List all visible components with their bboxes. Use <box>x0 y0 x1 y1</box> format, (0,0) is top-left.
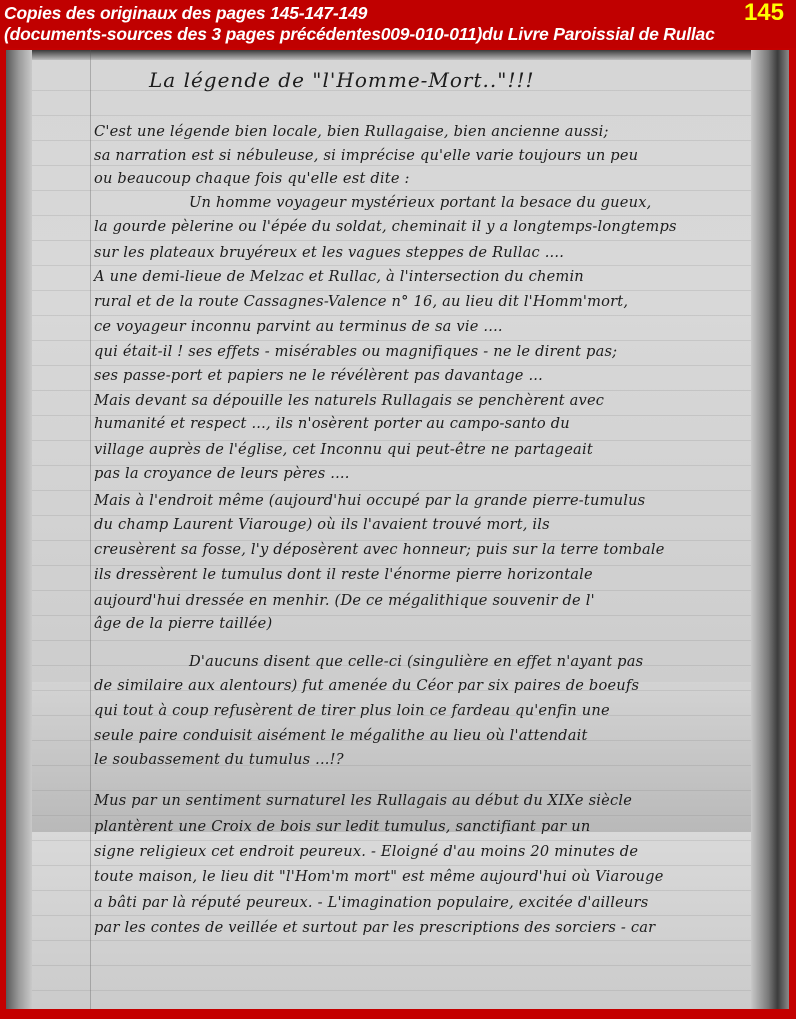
ruled-line <box>32 915 751 916</box>
text-line: rural et de la route Cassagnes-Valence n… <box>94 293 628 310</box>
text-line: toute maison, le lieu dit "l'Hom'm mort"… <box>94 868 664 885</box>
scanned-manuscript-page: La légende de "l'Homme-Mort.."!!! C'est … <box>6 50 789 1009</box>
text-line: sa narration est si nébuleuse, si impréc… <box>94 147 638 164</box>
text-line: qui tout à coup refusèrent de tirer plus… <box>94 702 610 719</box>
ruled-line <box>32 890 751 891</box>
ruled-line <box>32 190 751 191</box>
ruled-line <box>32 340 751 341</box>
ruled-line <box>32 265 751 266</box>
book-binding-right <box>751 50 789 1009</box>
text-line: Mais à l'endroit même (aujourd'hui occup… <box>94 492 645 509</box>
text-line: village auprès de l'église, cet Inconnu … <box>94 441 593 458</box>
ruled-line <box>32 990 751 991</box>
text-line: C'est une légende bien locale, bien Rull… <box>94 123 609 140</box>
ruled-line <box>32 790 751 791</box>
text-line: D'aucuns disent que celle-ci (singulière… <box>189 653 643 670</box>
ruled-line <box>32 315 751 316</box>
text-line: humanité et respect ..., ils n'osèrent p… <box>94 415 570 432</box>
text-line: seule paire conduisit aisément le mégali… <box>94 727 588 744</box>
text-line: signe religieux cet endroit peureux. - E… <box>94 843 638 860</box>
text-line: qui était-il ! ses effets - misérables o… <box>94 343 617 360</box>
text-line: plantèrent une Croix de bois sur ledit t… <box>94 818 590 835</box>
text-line: aujourd'hui dressée en menhir. (De ce mé… <box>94 592 595 609</box>
ruled-line <box>32 815 751 816</box>
ruled-line <box>32 590 751 591</box>
ruled-line <box>32 365 751 366</box>
text-line: Un homme voyageur mystérieux portant la … <box>189 194 652 211</box>
book-binding-left <box>6 50 32 1009</box>
text-line: sur les plateaux bruyéreux et les vagues… <box>94 244 564 261</box>
ruled-line <box>32 840 751 841</box>
ruled-line <box>32 640 751 641</box>
text-line: ils dressèrent le tumulus dont il reste … <box>94 566 593 583</box>
text-line: du champ Laurent Viarouge) où ils l'avai… <box>94 516 550 533</box>
text-line: la gourde pèlerine ou l'épée du soldat, … <box>94 218 677 235</box>
ruled-line <box>32 865 751 866</box>
ruled-line <box>32 240 751 241</box>
text-line: Mais devant sa dépouille les naturels Ru… <box>94 392 604 409</box>
ruled-line <box>32 215 751 216</box>
text-line: le soubassement du tumulus ...!? <box>94 751 344 768</box>
header-banner: Copies des originaux des pages 145-147-1… <box>0 0 796 48</box>
scan-section-upper <box>6 50 789 682</box>
text-line: A une demi-lieue de Melzac et Rullac, à … <box>94 268 584 285</box>
ruled-line <box>32 940 751 941</box>
page-number: 145 <box>744 0 784 26</box>
ruled-line <box>32 390 751 391</box>
text-line: ses passe-port et papiers ne le révélère… <box>94 367 543 384</box>
text-line: ou beaucoup chaque fois qu'elle est dite… <box>94 170 410 187</box>
text-line: pas la croyance de leurs pères .... <box>94 465 350 482</box>
page-top-edge <box>32 50 752 60</box>
text-line: creusèrent sa fosse, l'y déposèrent avec… <box>94 541 665 558</box>
ruled-line <box>32 140 751 141</box>
ruled-line <box>32 115 751 116</box>
header-title-line-2: (documents-sources des 3 pages précédent… <box>4 24 715 44</box>
text-line: âge de la pierre taillée) <box>94 615 272 632</box>
ruled-line <box>32 290 751 291</box>
text-line: de similaire aux alentours) fut amenée d… <box>94 677 639 694</box>
ruled-line <box>32 165 751 166</box>
ruled-line <box>32 965 751 966</box>
document-title: La légende de "l'Homme-Mort.."!!! <box>149 68 535 92</box>
text-line: ce voyageur inconnu parvint au terminus … <box>94 318 503 335</box>
ruled-line <box>32 490 751 491</box>
header-title-line-1: Copies des originaux des pages 145-147-1… <box>4 3 367 23</box>
text-line: par les contes de veillée et surtout par… <box>94 919 655 936</box>
text-line: a bâti par là réputé peureux. - L'imagin… <box>94 894 648 911</box>
text-line: Mus par un sentiment surnaturel les Rull… <box>94 792 632 809</box>
